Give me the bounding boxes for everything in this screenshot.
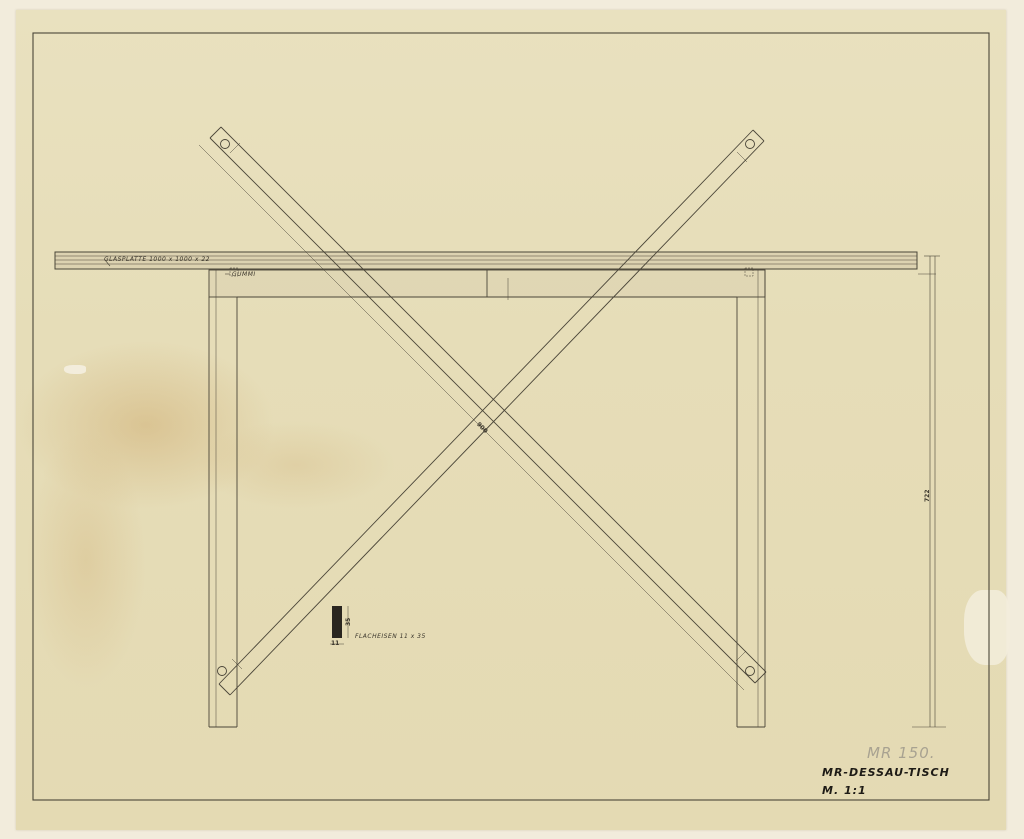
- section-height-value: 35: [345, 618, 352, 626]
- overall-height-value: 722: [924, 489, 931, 502]
- flat-iron-note: FLACHEISEN 11 x 35: [355, 633, 426, 640]
- table-frame: [209, 268, 765, 727]
- drawing-scale: M. 1:1: [822, 784, 867, 797]
- technical-drawing: [0, 0, 1024, 839]
- catalog-number: MR 150.: [867, 744, 936, 762]
- x-brace-diagonal-1: [199, 127, 766, 690]
- rubber-note: GUMMI: [232, 271, 256, 278]
- drawing-title: MR-DESSAU-TISCH: [822, 766, 950, 779]
- section-width-value: 11: [331, 640, 339, 647]
- glass-top-note: GLASPLATTE 1000 x 1000 x 22: [104, 256, 210, 263]
